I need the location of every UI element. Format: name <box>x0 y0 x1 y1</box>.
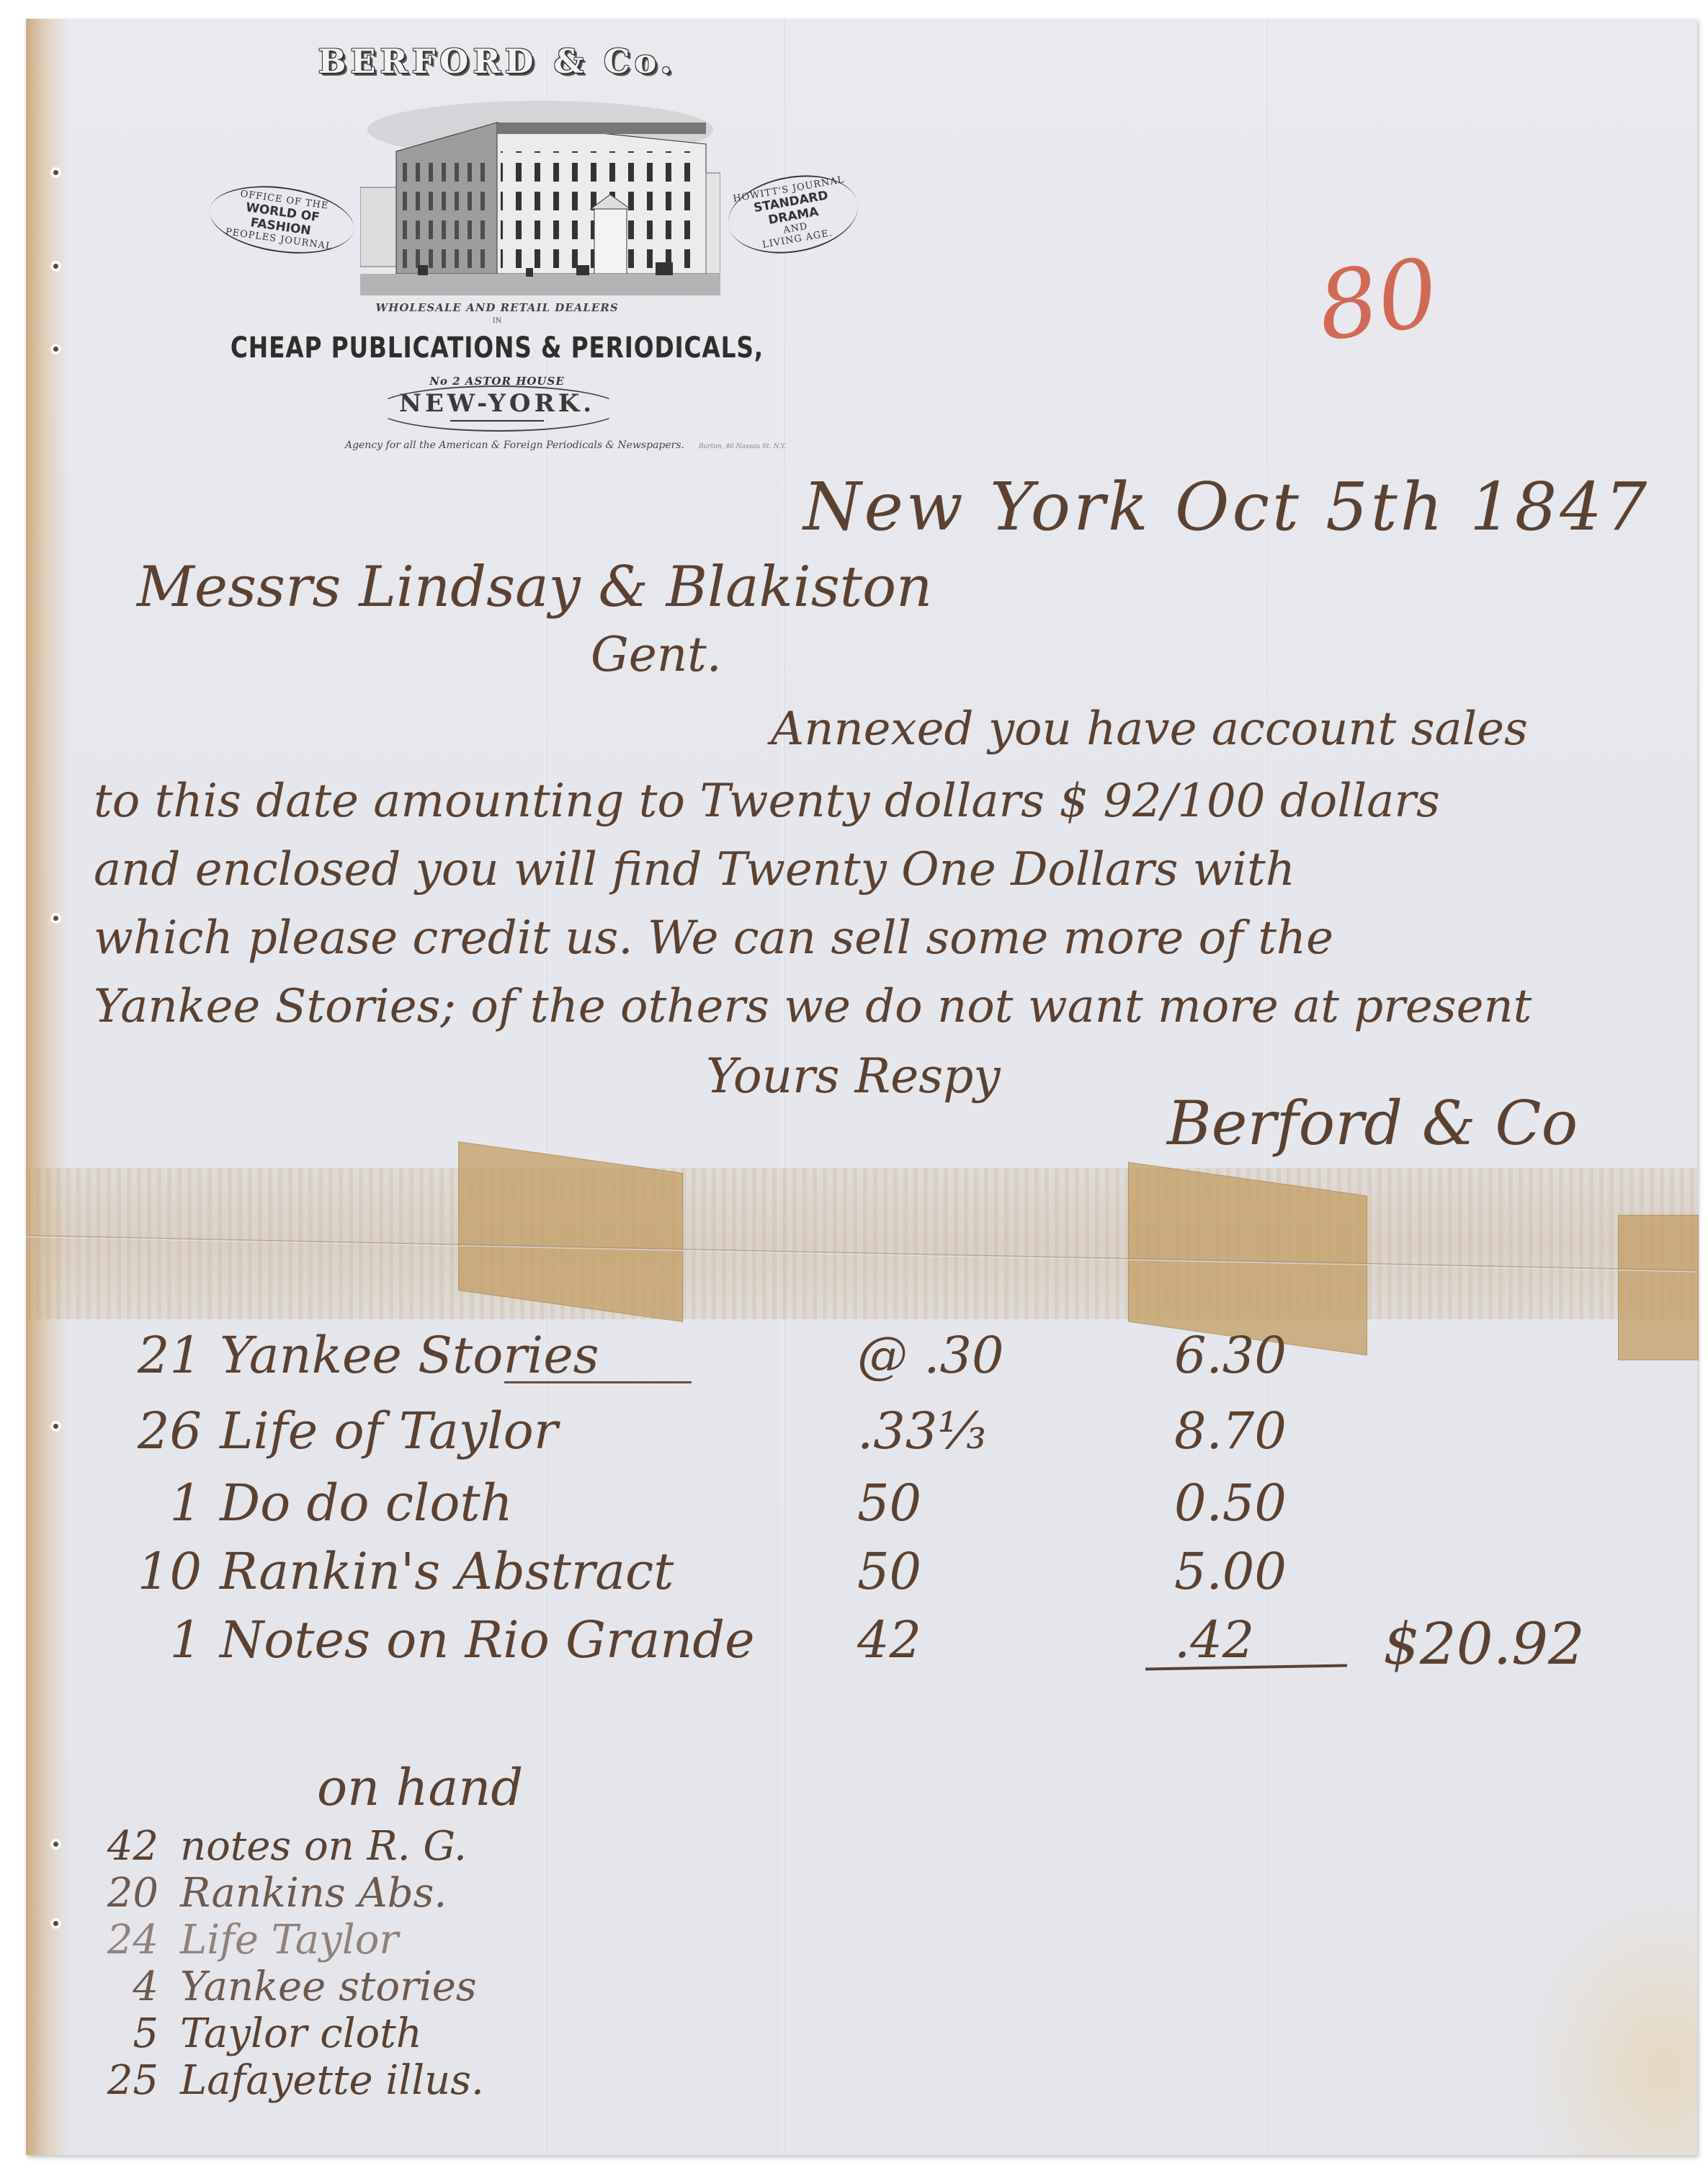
ledger-item: Do do cloth <box>220 1473 513 1533</box>
ledger-qty: 21 <box>137 1326 202 1385</box>
on-hand-qty: 24 <box>79 1917 158 1963</box>
on-hand-item: Taylor cloth <box>180 2010 422 2057</box>
fold-crease-vertical <box>1265 19 1267 2155</box>
on-hand-qty: 4 <box>79 1963 158 2010</box>
engraver-credit: Burton, 46 Nassau St. N.Y. <box>699 443 786 450</box>
ledger-item: Rankin's Abstract <box>220 1542 674 1601</box>
stitch-hole <box>53 170 58 175</box>
on-hand-qty: 42 <box>79 1823 158 1870</box>
closing: Yours Respy <box>706 1048 1001 1104</box>
on-hand-item: Rankins Abs. <box>180 1870 447 1917</box>
signature: Berford & Co <box>1167 1088 1578 1159</box>
body-line: to this date amounting to Twenty dollars… <box>94 775 1440 828</box>
on-hand-item: Life Taylor <box>180 1917 398 1963</box>
ledger-rate: 50 <box>857 1542 1073 1601</box>
dateline: New York Oct 5th 1847 <box>803 468 1650 545</box>
ledger-total: $20.92 <box>1383 1610 1585 1677</box>
body-line: which please credit us. We can sell some… <box>94 911 1333 965</box>
ledger-row: 1 Do do cloth 50 0.50 <box>137 1473 1650 1546</box>
edge-stain <box>26 19 69 2155</box>
on-hand-item: Yankee stories <box>180 1963 477 2010</box>
dealers-line: WHOLESALE AND RETAIL DEALERS <box>166 301 828 314</box>
stitch-hole <box>53 916 58 921</box>
greeting: Gent. <box>591 627 722 682</box>
salutation: Messrs Lindsay & Blakiston <box>137 555 932 620</box>
on-hand-qty: 20 <box>79 1870 158 1917</box>
ledger-rate: 42 <box>857 1610 1073 1669</box>
ledger-amount: .42 <box>1174 1610 1354 1669</box>
world-of-fashion-badge: OFFICE OF THE WORLD OF FASHION PEOPLES J… <box>205 177 359 262</box>
ledger-amount: 6.30 <box>1174 1326 1354 1385</box>
ledger-qty: 1 <box>137 1473 202 1533</box>
stitch-hole <box>53 1842 58 1847</box>
ledger-amount: 8.70 <box>1174 1401 1354 1461</box>
body-line: Yankee Stories; of the others we do not … <box>94 980 1532 1033</box>
agency-line: Agency for all the American & Foreign Pe… <box>166 440 684 451</box>
ledger-row: 10 Rankin's Abstract 50 5.00 <box>137 1542 1650 1614</box>
ledger-qty: 10 <box>137 1542 202 1601</box>
red-pencil-annotation: 80 <box>1311 237 1444 362</box>
ledger-rate: .33⅓ <box>857 1401 1073 1461</box>
letterhead-main-title: CHEAP PUBLICATIONS & PERIODICALS, <box>225 331 769 365</box>
ledger-row: 26 Life of Taylor .33⅓ 8.70 <box>137 1401 1650 1473</box>
company-name: BERFORD & Co. <box>166 42 828 81</box>
tape-strip <box>458 1141 683 1322</box>
ledger-item: Yankee Stories <box>220 1326 599 1385</box>
ledger-rate: 50 <box>857 1473 1073 1533</box>
on-hand-qty: 5 <box>79 2010 158 2057</box>
ledger-qty: 26 <box>137 1401 202 1461</box>
tape-residue-band <box>26 1168 1697 1319</box>
ledger-row: 1 Notes on Rio Grande 42 .42 $20.92 <box>137 1610 1650 1682</box>
letterhead: BERFORD & Co. <box>166 22 828 483</box>
stitch-hole <box>53 347 58 352</box>
body-line: and enclosed you will find Twenty One Do… <box>94 843 1295 896</box>
building-engraving-icon <box>360 101 720 295</box>
on-hand-qty: 25 <box>79 2057 158 2104</box>
stitch-hole <box>53 264 58 269</box>
ledger-amount: 5.00 <box>1174 1542 1354 1601</box>
stitch-hole <box>53 1424 58 1429</box>
on-hand-item: Lafayette illus. <box>180 2057 484 2104</box>
stitch-hole <box>53 1921 58 1926</box>
on-hand-item: notes on R. G. <box>180 1823 467 1870</box>
ledger-row: 21 Yankee Stories @ .30 6.30 <box>137 1326 1650 1398</box>
ledger-qty: 1 <box>137 1610 202 1669</box>
body-line: Annexed you have account sales <box>771 703 1528 756</box>
ledger-rate: @ .30 <box>857 1326 1073 1385</box>
on-hand-title: on hand <box>317 1758 523 1817</box>
item-underline <box>504 1381 692 1383</box>
divider <box>450 420 544 422</box>
ledger-item: Notes on Rio Grande <box>220 1610 755 1669</box>
ledger-amount: 0.50 <box>1174 1473 1354 1533</box>
ledger-item: Life of Taylor <box>220 1401 558 1461</box>
letterhead-city: NEW-YORK. <box>166 389 828 418</box>
in-word: IN <box>166 317 828 325</box>
